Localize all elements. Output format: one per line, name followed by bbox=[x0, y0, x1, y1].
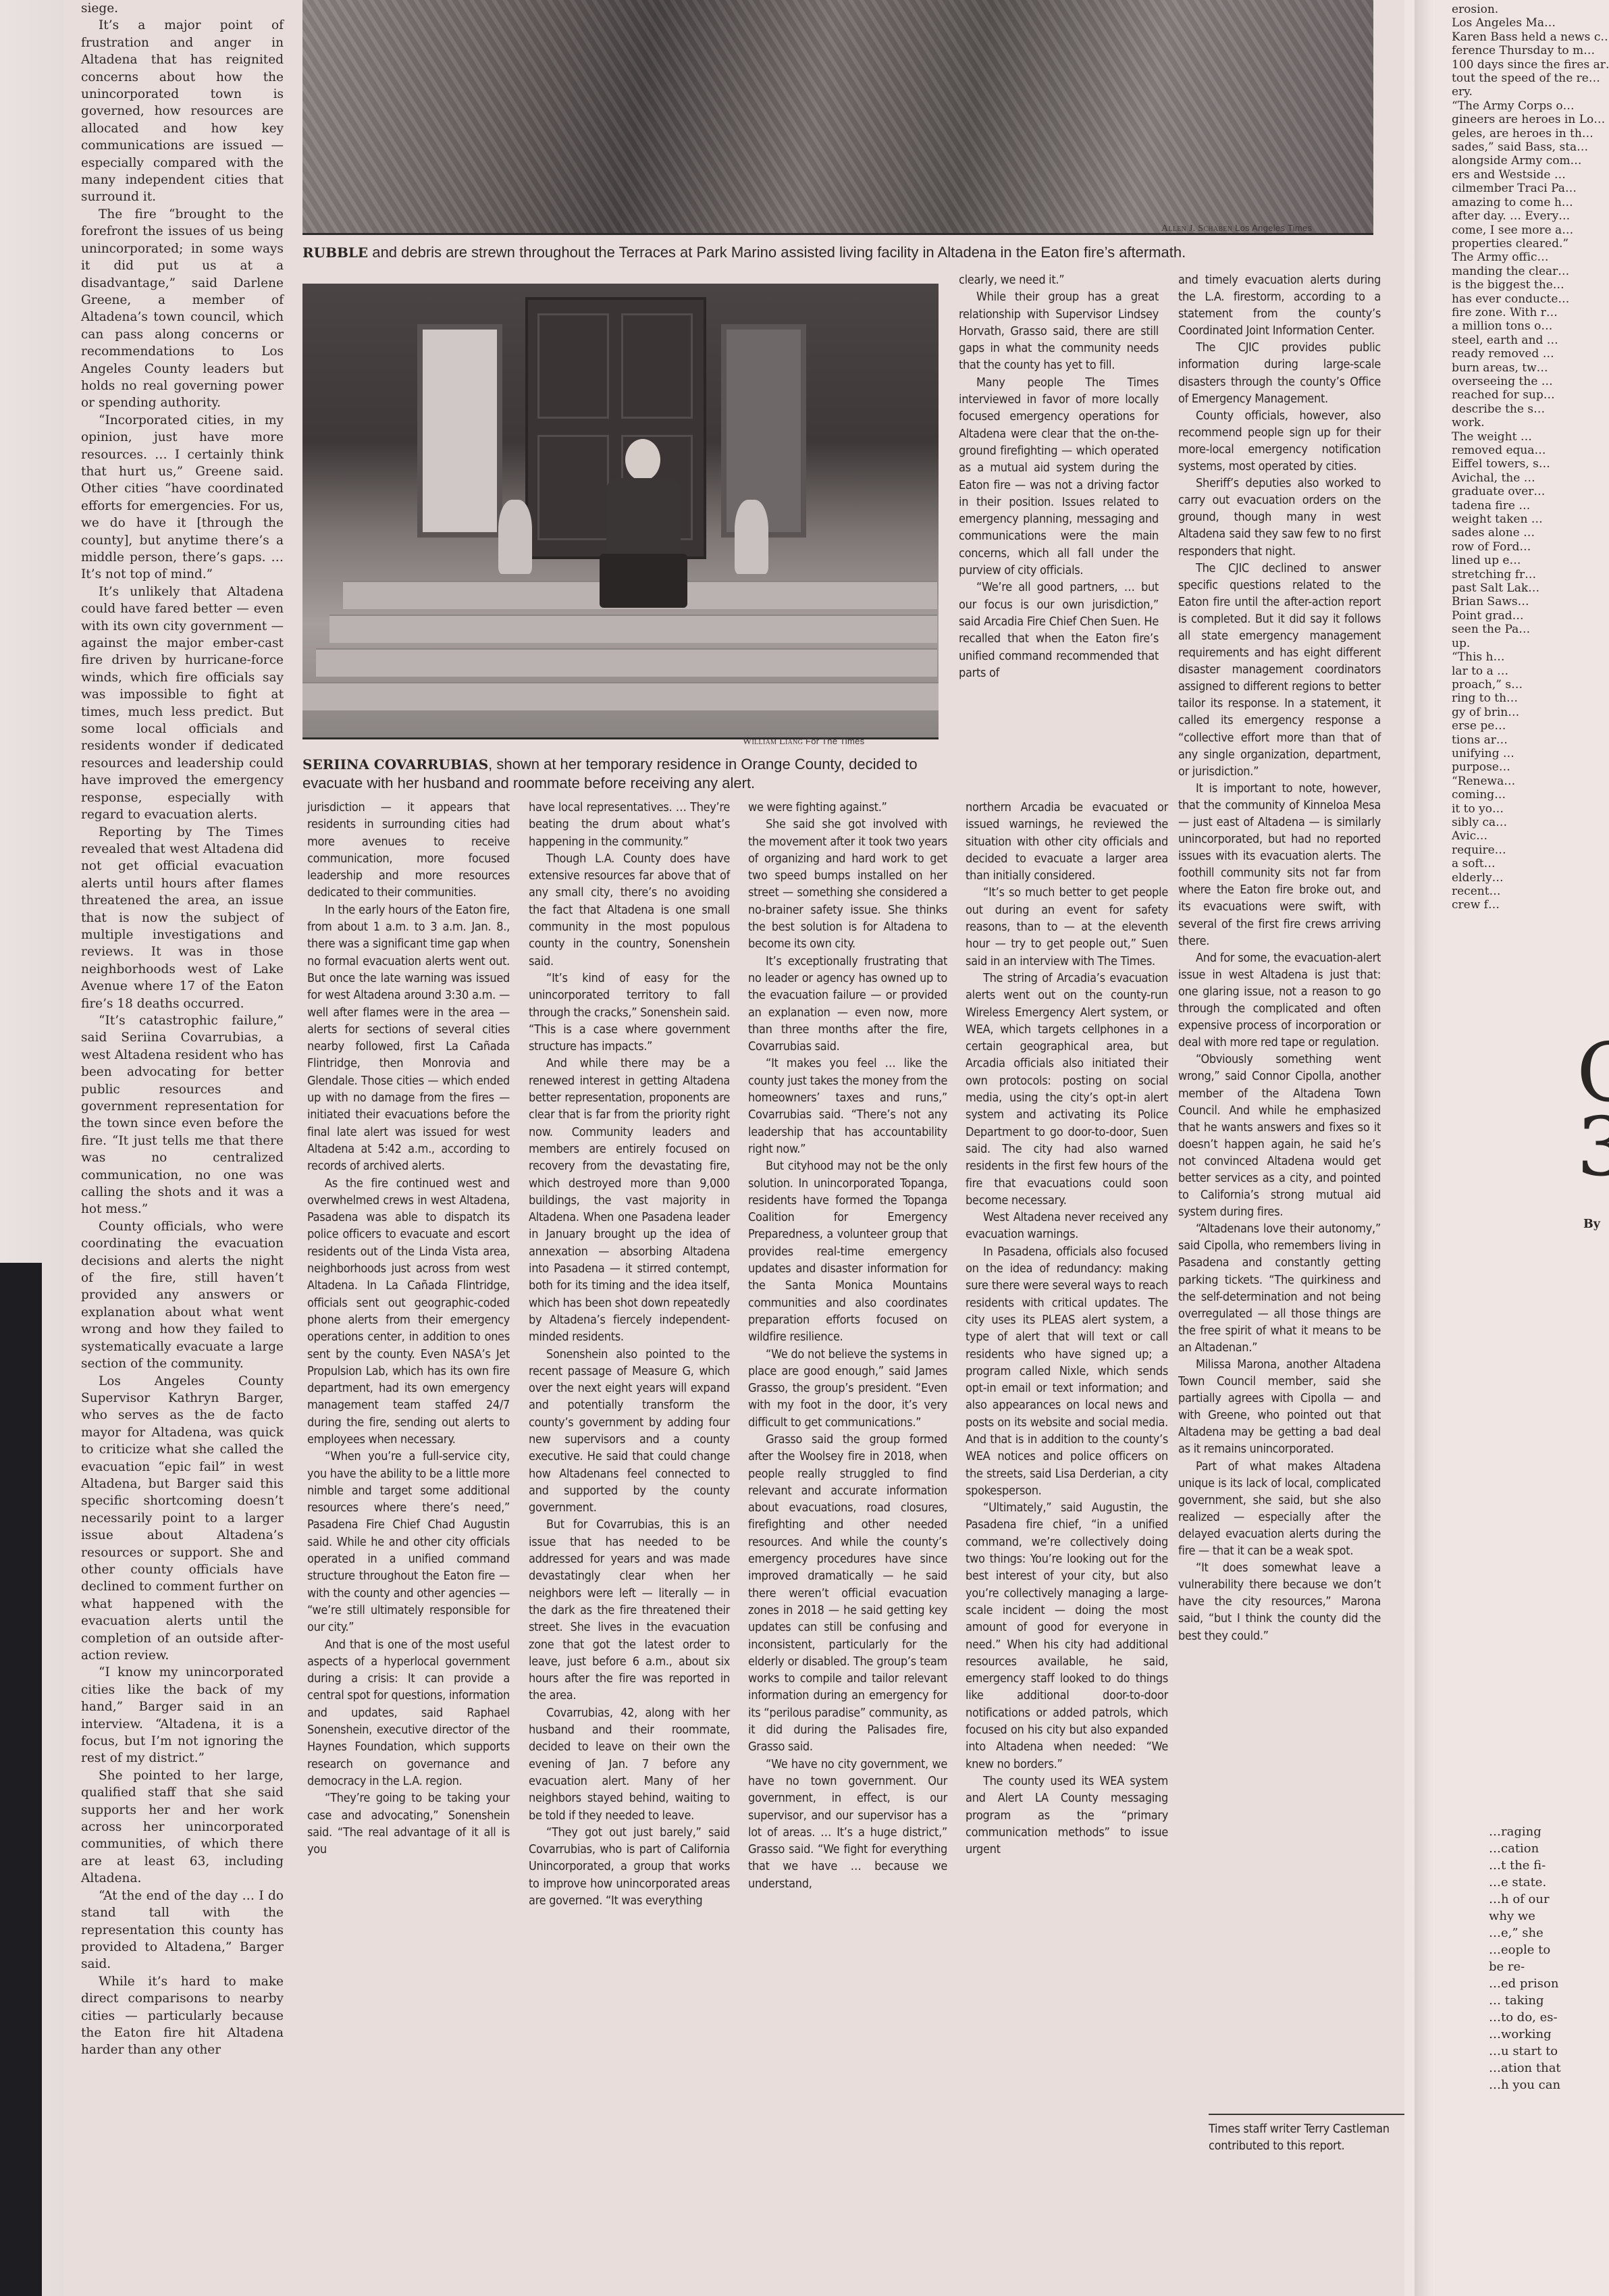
text-line: Avic… bbox=[1452, 829, 1609, 843]
adjacent-byline: By bbox=[1583, 1216, 1609, 1233]
article-paragraph: And for some, the evacuation-alert issue… bbox=[1178, 949, 1381, 1051]
porch-photo-caption: SERIINA COVARRUBIAS, shown at her tempor… bbox=[302, 755, 937, 793]
text-line: has ever conducte… bbox=[1452, 292, 1609, 306]
text-line: “The Army Corps o… bbox=[1452, 99, 1609, 113]
text-line: past Salt Lak… bbox=[1452, 581, 1609, 595]
photo-window-right bbox=[721, 324, 806, 538]
article-paragraph: Part of what makes Altadena unique is it… bbox=[1178, 1458, 1381, 1560]
article-paragraph: “Altadenans love their autonomy,” said C… bbox=[1178, 1220, 1381, 1356]
article-paragraph: “Incorporated cities, in my opinion, jus… bbox=[81, 412, 284, 583]
rubble-photo-credit: Allen J. Schaben Los Angeles Times bbox=[1161, 223, 1312, 234]
text-line: …raging bbox=[1489, 1823, 1604, 1840]
adjacent-page-lower-fragments: …raging…cation…t the fi-…e state.…h of o… bbox=[1489, 1823, 1604, 2093]
photo-subject-person bbox=[600, 439, 687, 615]
text-line: …working bbox=[1489, 2026, 1604, 2043]
article-paragraph: “We have no city government, we have no … bbox=[748, 1756, 947, 1892]
article-paragraph: Though L.A. County does have extensive r… bbox=[529, 850, 730, 970]
text-line: crew f… bbox=[1452, 898, 1609, 912]
article-paragraph: and timely evacuation alerts during the … bbox=[1178, 271, 1381, 339]
article-paragraph: Milissa Marona, another Altadena Town Co… bbox=[1178, 1356, 1381, 1458]
text-line: it to yo… bbox=[1452, 802, 1609, 816]
article-paragraph: It’s unlikely that Altadena could have f… bbox=[81, 583, 284, 824]
text-line: come, I see more a… bbox=[1452, 224, 1609, 237]
text-line: … taking bbox=[1489, 1992, 1604, 2009]
adjacent-page: erosion.Los Angeles Ma…Karen Bass held a… bbox=[1404, 0, 1609, 2296]
adjacent-page-column: erosion.Los Angeles Ma…Karen Bass held a… bbox=[1452, 3, 1609, 912]
photographer-org: For The Times bbox=[806, 736, 864, 746]
text-line: …to do, es- bbox=[1489, 2009, 1604, 2026]
article-paragraph: “Ultimately,” said Augustin, the Pasaden… bbox=[966, 1499, 1168, 1773]
text-line: burn areas, tw… bbox=[1452, 361, 1609, 375]
caption-lead: RUBBLE bbox=[302, 244, 368, 261]
article-paragraph: And while there may be a renewed interes… bbox=[529, 1055, 730, 1345]
text-line: gineers are heroes in Lo… bbox=[1452, 113, 1609, 126]
photographer-name: Allen J. Schaben bbox=[1161, 224, 1232, 234]
porch-photo bbox=[302, 284, 939, 739]
text-line: ready removed … bbox=[1452, 347, 1609, 361]
photographer-org: Los Angeles Times bbox=[1235, 223, 1312, 233]
article-paragraph: “It’s catastrophic failure,” said Seriin… bbox=[81, 1012, 284, 1218]
text-line: tions ar… bbox=[1452, 733, 1609, 747]
text-line: Point grad… bbox=[1452, 609, 1609, 623]
article-paragraph: “When you’re a full-service city, you ha… bbox=[307, 1448, 510, 1636]
article-paragraph: Grasso said the group formed after the W… bbox=[748, 1431, 947, 1756]
text-line: manding the clear… bbox=[1452, 265, 1609, 278]
article-paragraph: Los Angeles County Supervisor Kathryn Ba… bbox=[81, 1373, 284, 1665]
text-line: ference Thursday to m… bbox=[1452, 44, 1609, 57]
article-paragraph: “It’s kind of easy for the unincorporate… bbox=[529, 970, 730, 1055]
text-line: ers and Westside … bbox=[1452, 168, 1609, 182]
text-line: a soft… bbox=[1452, 857, 1609, 870]
text-line: …t the fi- bbox=[1489, 1857, 1604, 1874]
text-line: work. bbox=[1452, 416, 1609, 429]
photo-dog-statue-left bbox=[498, 500, 532, 574]
article-paragraph: The CJIC declined to answer specific que… bbox=[1178, 560, 1381, 780]
article-paragraph: Sonenshein also pointed to the recent pa… bbox=[529, 1346, 730, 1517]
article-paragraph: “It does somewhat leave a vulnerability … bbox=[1178, 1559, 1381, 1644]
contributor-rule bbox=[1209, 2114, 1408, 2115]
text-line: …h you can bbox=[1489, 2077, 1604, 2093]
article-column-1: siege.It’s a major point of frustration … bbox=[81, 0, 284, 2059]
article-paragraph: “It’s so much better to get people out d… bbox=[966, 884, 1168, 969]
article-column-4: we were fighting against.”She said she g… bbox=[748, 799, 947, 1892]
contributor-note-text: Times staff writer Terry Castleman contr… bbox=[1209, 2120, 1408, 2154]
article-paragraph: The county used its WEA system and Alert… bbox=[966, 1773, 1168, 1858]
text-line: …eople to bbox=[1489, 1941, 1604, 1958]
text-line: a million tons o… bbox=[1452, 319, 1609, 333]
text-line: coming… bbox=[1452, 788, 1609, 802]
text-line: …cation bbox=[1489, 1840, 1604, 1857]
text-line: seen the Pa… bbox=[1452, 623, 1609, 636]
text-line: The Army offic… bbox=[1452, 251, 1609, 264]
article-paragraph: While their group has a great relationsh… bbox=[959, 288, 1159, 373]
text-line: removed equa… bbox=[1452, 444, 1609, 457]
text-line: Los Angeles Ma… bbox=[1452, 16, 1609, 30]
article-paragraph: As the fire continued west and overwhelm… bbox=[307, 1175, 510, 1449]
article-column-2: jurisdiction — it appears that residents… bbox=[307, 799, 510, 1858]
article-paragraph: In the early hours of the Eaton fire, fr… bbox=[307, 902, 510, 1175]
article-paragraph: “I know my unincorporated cities like th… bbox=[81, 1664, 284, 1767]
text-line: graduate over… bbox=[1452, 485, 1609, 498]
article-paragraph: siege. bbox=[81, 0, 284, 17]
text-line: purpose… bbox=[1452, 760, 1609, 774]
article-paragraph: “At the end of the day … I do stand tall… bbox=[81, 1887, 284, 1973]
text-line: Avichal, the … bbox=[1452, 471, 1609, 485]
text-line: unifying … bbox=[1452, 747, 1609, 760]
article-paragraph: While it’s hard to make direct compariso… bbox=[81, 1973, 284, 2059]
text-line: Karen Bass held a news c… bbox=[1452, 30, 1609, 44]
text-line: 100 days since the fires ar… bbox=[1452, 58, 1609, 72]
article-paragraph: And that is one of the most useful aspec… bbox=[307, 1636, 510, 1790]
article-paragraph: It’s exceptionally frustrating that no l… bbox=[748, 953, 947, 1055]
text-line: Brian Saws… bbox=[1452, 595, 1609, 608]
text-line: describe the s… bbox=[1452, 402, 1609, 416]
article-paragraph: jurisdiction — it appears that residents… bbox=[307, 799, 510, 902]
photographer-name: William Liang bbox=[743, 737, 803, 747]
text-line: Eiffel towers, s… bbox=[1452, 457, 1609, 471]
article-paragraph: Covarrubias, 42, along with her husband … bbox=[529, 1704, 730, 1824]
text-line: cilmember Traci Pa… bbox=[1452, 182, 1609, 195]
text-line: stretching fr… bbox=[1452, 568, 1609, 581]
rubble-photo-caption: RUBBLE and debris are strewn throughout … bbox=[302, 243, 1383, 262]
article-paragraph: have local representatives. … They’re be… bbox=[529, 799, 730, 850]
text-line: The weight … bbox=[1452, 430, 1609, 444]
photo-dog-statue-right bbox=[735, 500, 768, 574]
caption-lead: SERIINA COVARRUBIAS bbox=[302, 756, 488, 773]
text-line: ring to th… bbox=[1452, 692, 1609, 705]
text-line: …e,” she bbox=[1489, 1925, 1604, 1941]
adjacent-headline-digit: 3 bbox=[1577, 1107, 1609, 1189]
text-line: “This h… bbox=[1452, 650, 1609, 664]
photo-window-left bbox=[417, 324, 502, 538]
text-line: proach,” s… bbox=[1452, 678, 1609, 692]
text-line: require… bbox=[1452, 843, 1609, 857]
article-paragraph: In Pasadena, officials also focused on t… bbox=[966, 1243, 1168, 1499]
article-paragraph: Sheriff’s deputies also worked to carry … bbox=[1178, 475, 1381, 559]
article-column-6: and timely evacuation alerts during the … bbox=[1178, 271, 1381, 1644]
text-line: row of Ford… bbox=[1452, 540, 1609, 554]
article-paragraph: clearly, we need it.” bbox=[959, 271, 1159, 288]
text-line: …ed prison bbox=[1489, 1975, 1604, 1992]
text-line: after day. … Every… bbox=[1452, 209, 1609, 223]
text-line: tout the speed of the re… bbox=[1452, 72, 1609, 85]
text-line: be re- bbox=[1489, 1958, 1604, 1975]
text-line: …u start to bbox=[1489, 2043, 1604, 2060]
rubble-photo bbox=[302, 0, 1373, 235]
text-line: recent… bbox=[1452, 885, 1609, 898]
background-dark-edge bbox=[0, 1263, 42, 2296]
text-line: up. bbox=[1452, 637, 1609, 650]
text-line: fire zone. With r… bbox=[1452, 306, 1609, 319]
article-paragraph: She said she got involved with the movem… bbox=[748, 816, 947, 952]
text-line: alongside Army com… bbox=[1452, 154, 1609, 167]
article-paragraph: County officials, who were coordinating … bbox=[81, 1218, 284, 1373]
article-column-4-top: clearly, we need it.”While their group h… bbox=[959, 271, 1159, 681]
text-line: …ation that bbox=[1489, 2060, 1604, 2077]
text-line: sades,” said Bass, sta… bbox=[1452, 140, 1609, 154]
text-line: lined up e… bbox=[1452, 554, 1609, 567]
article-paragraph: “They’re going to be taking your case an… bbox=[307, 1790, 510, 1858]
caption-text: and debris are strewn throughout the Ter… bbox=[368, 244, 1186, 261]
text-line: weight taken … bbox=[1452, 513, 1609, 526]
contributor-note: Times staff writer Terry Castleman contr… bbox=[1209, 2120, 1408, 2154]
article-paragraph: But cityhood may not be the only solutio… bbox=[748, 1157, 947, 1345]
article-paragraph: It’s a major point of frustration and an… bbox=[81, 17, 284, 205]
text-line: elderly… bbox=[1452, 871, 1609, 885]
text-line: amazing to come h… bbox=[1452, 196, 1609, 209]
article-column-3: have local representatives. … They’re be… bbox=[529, 799, 730, 1909]
article-paragraph: The string of Arcadia’s evacuation alert… bbox=[966, 970, 1168, 1209]
article-paragraph: The CJIC provides public information dur… bbox=[1178, 339, 1381, 407]
text-line: erse pe… bbox=[1452, 719, 1609, 733]
article-paragraph: northern Arcadia be evacuated or issued … bbox=[966, 799, 1168, 884]
page-fold-shadow bbox=[1415, 0, 1435, 2296]
article-paragraph: The fire “brought to the forefront the i… bbox=[81, 206, 284, 412]
text-line: “Renewa… bbox=[1452, 775, 1609, 788]
porch-photo-credit: William Liang For The Times bbox=[743, 736, 864, 748]
text-line: overseeing the … bbox=[1452, 375, 1609, 388]
article-paragraph: “It makes you feel … like the county jus… bbox=[748, 1055, 947, 1157]
article-paragraph: Reporting by The Times revealed that wes… bbox=[81, 824, 284, 1012]
text-line: erosion. bbox=[1452, 3, 1609, 16]
article-paragraph: “They got out just barely,” said Covarru… bbox=[529, 1824, 730, 1909]
text-line: gy of brin… bbox=[1452, 706, 1609, 719]
text-line: sades alone … bbox=[1452, 526, 1609, 540]
text-line: geles, are heroes in th… bbox=[1452, 127, 1609, 140]
article-paragraph: we were fighting against.” bbox=[748, 799, 947, 816]
article-paragraph: She pointed to her large, qualified staf… bbox=[81, 1767, 284, 1887]
article-paragraph: “We do not believe the systems in place … bbox=[748, 1346, 947, 1431]
text-line: is the biggest the… bbox=[1452, 278, 1609, 292]
article-paragraph: “Obviously something went wrong,” said C… bbox=[1178, 1051, 1381, 1220]
article-column-5: northern Arcadia be evacuated or issued … bbox=[966, 799, 1168, 1858]
text-line: sibly ca… bbox=[1452, 816, 1609, 829]
article-paragraph: County officials, however, also recommen… bbox=[1178, 407, 1381, 475]
text-line: tadena fire … bbox=[1452, 499, 1609, 513]
article-paragraph: West Altadena never received any evacuat… bbox=[966, 1209, 1168, 1243]
text-line: …h of our bbox=[1489, 1891, 1604, 1908]
article-paragraph: “We’re all good partners, … but our focu… bbox=[959, 579, 1159, 681]
article-paragraph: Many people The Times interviewed in fav… bbox=[959, 374, 1159, 579]
text-line: why we bbox=[1489, 1908, 1604, 1925]
text-line: reached for sup… bbox=[1452, 388, 1609, 402]
text-line: properties cleared.” bbox=[1452, 237, 1609, 251]
text-line: …e state. bbox=[1489, 1874, 1604, 1891]
text-line: ery. bbox=[1452, 85, 1609, 99]
article-paragraph: It is important to note, however, that t… bbox=[1178, 780, 1381, 949]
text-line: steel, earth and … bbox=[1452, 334, 1609, 347]
article-paragraph: But for Covarrubias, this is an issue th… bbox=[529, 1516, 730, 1704]
text-line: lar to a … bbox=[1452, 664, 1609, 678]
